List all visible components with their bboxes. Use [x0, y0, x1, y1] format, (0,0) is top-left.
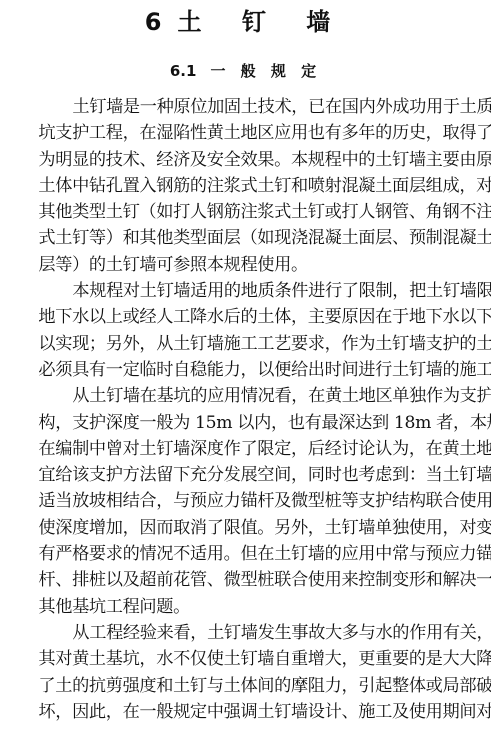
text-line: 坏，因此，在一般规定中强调土钉墙设计、施工及使用期间对外	[4, 699, 486, 725]
text-line: 适当放坡相结合，与预应力锚杆及微型桩等支护结构联合使用可	[4, 488, 486, 514]
document-page: 6土 钉 墙 6.1一 般 规 定 土钉墙是一种原位加固土技术，已在国内外成功用…	[0, 0, 491, 730]
paragraph-1: 土钉墙是一种原位加固土技术，已在国内外成功用于土质基 坑支护工程，在湿陷性黄土地…	[4, 94, 486, 278]
text-line: 坑支护工程，在湿陷性黄土地区应用也有多年的历史，取得了较	[4, 120, 486, 146]
text-line: 土钉墙是一种原位加固土技术，已在国内外成功用于土质基	[4, 94, 486, 120]
text-line: 有严格要求的情况不适用。但在土钉墙的应用中常与预应力锚	[4, 541, 486, 567]
paragraph-2: 本规程对土钉墙适用的地质条件进行了限制，把土钉墙限于 地下水以上或经人工降水后的…	[4, 278, 486, 383]
text-line: 在编制中曾对土钉墙深度作了限定，后经讨论认为，在黄土地区	[4, 436, 486, 462]
chapter-heading: 6土 钉 墙	[0, 6, 491, 38]
section-heading: 6.1一 般 规 定	[0, 60, 491, 82]
text-line: 其他类型土钉（如打人钢筋注浆式土钉或打人钢管、角钢不注浆	[4, 199, 486, 225]
text-line: 式土钉等）和其他类型面层（如现浇混凝土面层、预制混凝土面	[4, 225, 486, 251]
text-line: 层等）的土钉墙可参照本规程使用。	[4, 252, 486, 278]
text-line: 地下水以上或经人工降水后的土体，主要原因在于地下水以下难	[4, 304, 486, 330]
paragraph-4: 从工程经验来看，土钉墙发生事故大多与水的作用有关，尤 其对黄土基坑，水不仅使土钉…	[4, 620, 486, 725]
text-line: 以实现；另外，从土钉墙施工工艺要求，作为土钉墙支护的土体	[4, 331, 486, 357]
chapter-number: 6	[145, 8, 164, 36]
text-line: 从工程经验来看，土钉墙发生事故大多与水的作用有关，尤	[4, 620, 486, 646]
paragraph-3: 从土钉墙在基坑的应用情况看，在黄土地区单独作为支护结 构，支护深度一般为 15m…	[4, 383, 486, 620]
text-line: 杆、排桩以及超前花管、微型桩联合使用来控制变形和解决一些	[4, 567, 486, 593]
text-line: 其他基坑工程问题。	[4, 594, 486, 620]
text-line: 使深度增加，因而取消了限值。另外，土钉墙单独使用，对变形	[4, 515, 486, 541]
text-line: 必须具有一定临时自稳能力，以便给出时间进行土钉墙的施工。	[4, 357, 486, 383]
text-line: 土体中钻孔置入钢筋的注浆式土钉和喷射混凝土面层组成，对于	[4, 173, 486, 199]
body-text: 土钉墙是一种原位加固土技术，已在国内外成功用于土质基 坑支护工程，在湿陷性黄土地…	[4, 94, 486, 725]
text-line: 本规程对土钉墙适用的地质条件进行了限制，把土钉墙限于	[4, 278, 486, 304]
text-line: 从土钉墙在基坑的应用情况看，在黄土地区单独作为支护结	[4, 383, 486, 409]
text-line: 为明显的技术、经济及安全效果。本规程中的土钉墙主要由原位	[4, 147, 486, 173]
text-line: 宜给该支护方法留下充分发展空间，同时也考虑到：当土钉墙与	[4, 462, 486, 488]
section-title: 一 般 规 定	[210, 62, 321, 80]
text-line: 了土的抗剪强度和土钉与土体间的摩阻力，引起整体或局部破	[4, 673, 486, 699]
text-line: 其对黄土基坑，水不仅使土钉墙自重增大，更重要的是大大降低	[4, 646, 486, 672]
text-line: 构，支护深度一般为 15m 以内，也有最深达到 18m 者，本规程	[4, 410, 486, 436]
chapter-title: 土 钉 墙	[177, 8, 346, 36]
section-number: 6.1	[170, 62, 197, 80]
